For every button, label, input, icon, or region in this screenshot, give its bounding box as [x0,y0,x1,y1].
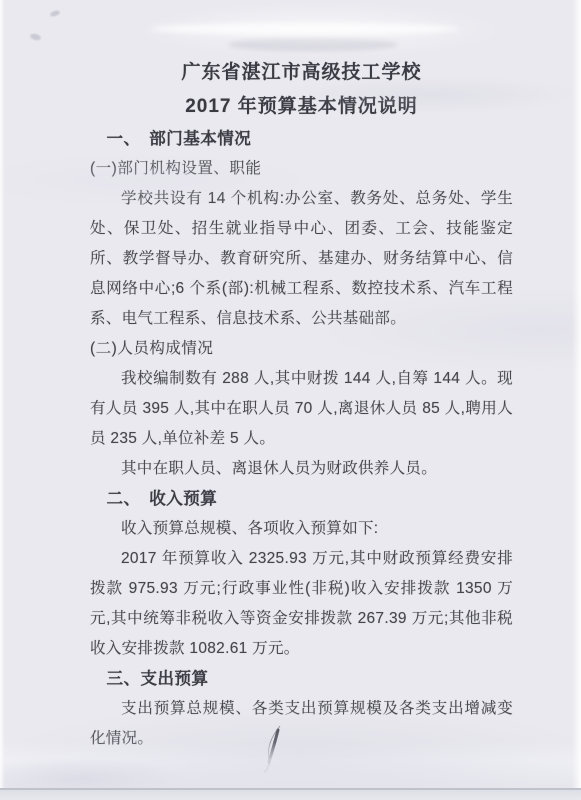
fiscal-support-note: 其中在职人员、离退休人员为财政供养人员。 [90,454,513,484]
ink-mark [256,724,290,774]
subsection-1-1-heading: (一)部门机构设置、职能 [90,154,513,184]
staff-composition-paragraph: 我校编制数有 288 人,其中财拨 144 人,自筹 144 人。现有人员 39… [90,364,513,454]
erased-text-smudge [228,38,398,51]
scan-highlight-streak [150,23,460,35]
paper-sheet: 广东省湛江市高级技工学校 2017 年预算基本情况说明 一、 部门基本情况 (一… [0,0,581,790]
doc-title: 广东省湛江市高级技工学校 [90,56,513,90]
doc-subtitle: 2017 年预算基本情况说明 [90,90,513,124]
staple-mark [29,33,41,42]
income-budget-detail-paragraph: 2017 年预算收入 2325.93 万元,其中财政预算经费安排拨款 975.9… [90,544,513,664]
section-2-heading: 二、 收入预算 [90,484,513,514]
document-body: 广东省湛江市高级技工学校 2017 年预算基本情况说明 一、 部门基本情况 (一… [90,56,513,754]
expenditure-budget-intro: 支出预算总规模、各类支出预算规模及各类支出增减变化情况。 [90,694,513,754]
income-budget-intro: 收入预算总规模、各项收入预算如下: [90,514,513,544]
section-1-heading: 一、 部门基本情况 [90,124,513,154]
subsection-1-2-heading: (二)人员构成情况 [90,334,513,364]
scanner-edge-strip [0,790,581,800]
staple-mark [49,9,60,17]
section-3-heading: 三、支出预算 [90,664,513,694]
org-structure-paragraph: 学校共设有 14 个机构:办公室、教务处、总务处、学生处、保卫处、招生就业指导中… [90,184,513,334]
